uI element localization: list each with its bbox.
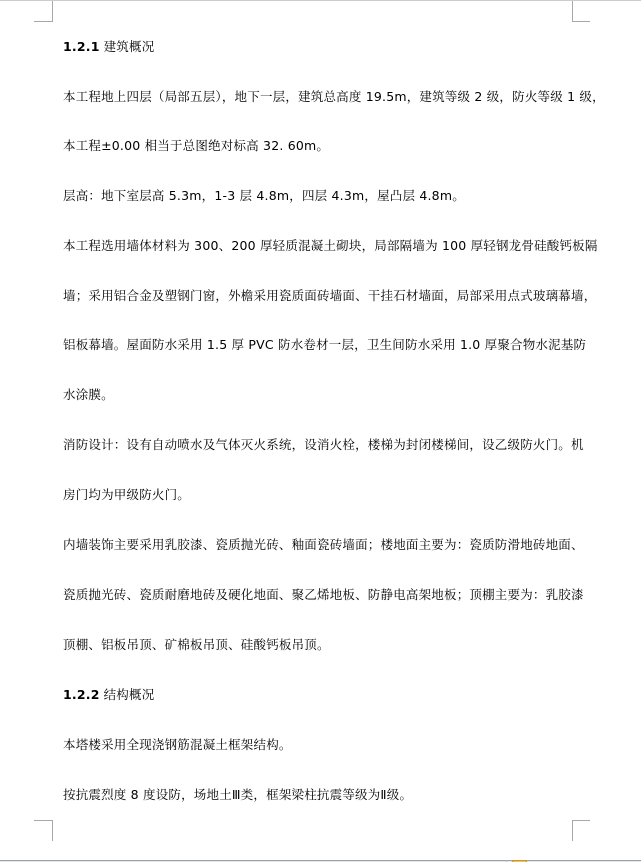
paragraph-line: 本工程±0.00 相当于总图绝对标高 32. 60m。 [63,138,329,154]
section-number: 1.2.1 [63,39,100,54]
section-number: 1.2.2 [63,687,100,702]
paragraph-line: 消防设计：设有自动喷水及气体灭火系统，设消火栓，楼梯为封闭楼梯间，设乙级防火门。… [63,437,584,453]
section-heading-1-2-1: 1.2.1建筑概况 [63,39,154,55]
margin-corner-top-right [572,1,590,22]
section-title: 结构概况 [104,687,155,702]
paragraph-line: 瓷质抛光砖、瓷质耐磨地砖及硬化地面、聚乙烯地板、防静电高架地板；顶棚主要为：乳胶… [63,587,584,603]
paragraph-line: 层高：地下室层高 5.3m，1-3 层 4.8m，四层 4.3m，屋凸层 4.8… [63,188,465,204]
paragraph-line: 铝板幕墙。屋面防水采用 1.5 厚 PVC 防水卷材一层，卫生间防水采用 1.0… [63,337,586,353]
paragraph-line: 本工程地上四层（局部五层），地下一层，建筑总高度 19.5m，建筑等级 2 级，… [63,89,605,105]
margin-corner-bottom-right [572,820,590,841]
paragraph-line: 本工程选用墙体材料为 300、200 厚轻质混凝土砌块，局部隔墙为 100 厚轻… [63,238,598,254]
section-heading-1-2-2: 1.2.2结构概况 [63,687,154,703]
paragraph-line: 水涂膜。 [63,387,114,403]
paragraph-line: 内墙装饰主要采用乳胶漆、瓷质抛光砖、釉面瓷砖墙面；楼地面主要为：瓷质防滑地砖地面… [63,537,584,553]
margin-corner-bottom-left [34,820,53,841]
margin-corner-top-left [34,1,53,22]
paragraph-line: 墙；采用铝合金及塑钢门窗，外檐采用瓷质面砖墙面、干挂石材墙面，局部采用点式玻璃幕… [63,288,596,304]
paragraph-line: 按抗震烈度 8 度设防，场地土Ⅲ类，框架梁柱抗震等级为Ⅱ级。 [63,787,412,803]
paragraph-line: 顶棚、铝板吊顶、矿棉板吊顶、硅酸钙板吊顶。 [63,637,330,653]
paragraph-line: 房门均为甲级防火门。 [63,487,190,503]
section-title: 建筑概况 [104,39,155,54]
document-page: 1.2.1建筑概况 本工程地上四层（局部五层），地下一层，建筑总高度 19.5m… [0,0,641,862]
paragraph-line: 本塔楼采用全现浇钢筋混凝土框架结构。 [63,737,292,753]
